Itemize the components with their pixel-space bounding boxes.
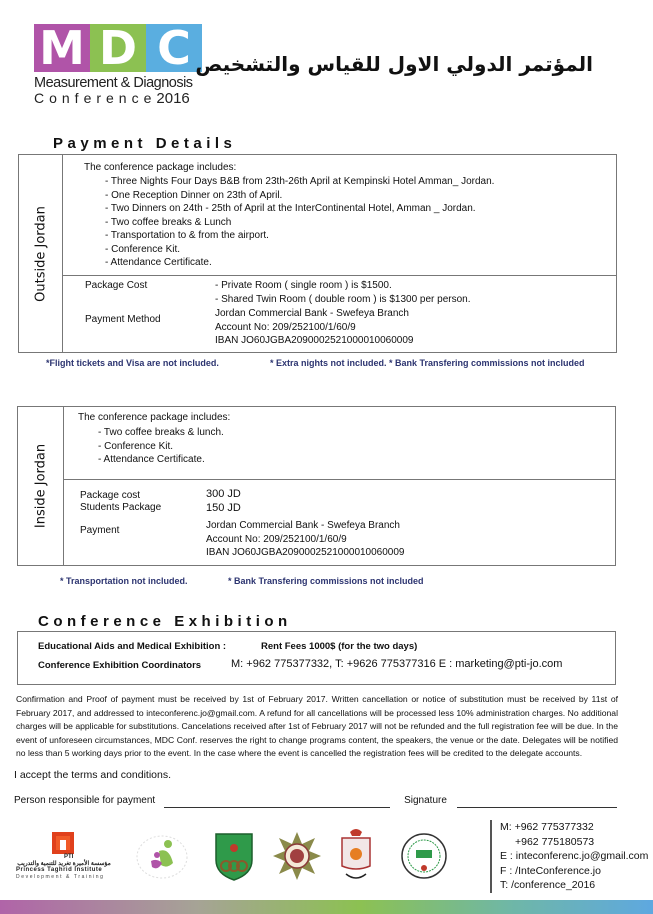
package-cost-line: - Private Room ( single room ) is $1500. bbox=[215, 279, 471, 293]
contact-mobile-1: M: +962 775377332 bbox=[500, 820, 648, 835]
pti-caption-dev: Development & Training bbox=[16, 874, 105, 880]
terms-paragraph: Confirmation and Proof of payment must b… bbox=[16, 693, 618, 761]
contact-facebook[interactable]: F : /InteConference.jo bbox=[500, 864, 648, 879]
exhibition-title: Conference Exhibition bbox=[38, 613, 292, 630]
payment-details-title: Payment Details bbox=[53, 135, 236, 152]
outside-jordan-divider bbox=[63, 275, 616, 276]
logo-letter-blocks: M D C bbox=[34, 24, 202, 72]
inside-note-bank: * Bank Transfering commissions not inclu… bbox=[228, 576, 424, 586]
family-logo-icon bbox=[133, 833, 191, 881]
signature-label: Signature bbox=[404, 795, 447, 806]
contact-email[interactable]: E : inteconferenc.jo@gmail.com bbox=[500, 849, 648, 864]
inside-note-transportation: * Transportation not included. bbox=[60, 576, 188, 586]
outside-package-cost-values: - Private Room ( single room ) is $1500.… bbox=[215, 279, 471, 306]
round-seal-icon bbox=[400, 832, 448, 880]
inside-includes-title: The conference package includes: bbox=[78, 411, 230, 425]
outside-includes-list: - Three Nights Four Days B&B from 23th-2… bbox=[105, 175, 494, 270]
account-number: Account No: 209/252100/1/60/9 bbox=[206, 533, 405, 547]
contact-block: M: +962 775377332 +962 775180573 E : int… bbox=[490, 820, 648, 893]
list-item: - Conference Kit. bbox=[105, 243, 494, 257]
account-number: Account No: 209/252100/1/60/9 bbox=[215, 321, 414, 335]
package-cost-line: - Shared Twin Room ( double room ) is $1… bbox=[215, 293, 471, 307]
outside-jordan-label-column: Outside Jordan bbox=[19, 155, 63, 352]
list-item: - Attendance Certificate. bbox=[98, 453, 224, 467]
list-item: - Two Dinners on 24th - 25th of April at… bbox=[105, 202, 494, 216]
list-item: - Transportation to & from the airport. bbox=[105, 229, 494, 243]
star-emblem-icon bbox=[271, 830, 323, 882]
outside-note-flight: *Flight tickets and Visa are not include… bbox=[46, 358, 219, 368]
inside-payment-details: Jordan Commercial Bank - Swefeya Branch … bbox=[206, 519, 405, 560]
logo-letter-m: M bbox=[34, 24, 90, 72]
exhibition-label: Educational Aids and Medical Exhibition … bbox=[38, 640, 226, 654]
exhibition-box: Educational Aids and Medical Exhibition … bbox=[17, 631, 616, 685]
signature-row: Person responsible for payment Signature bbox=[14, 790, 617, 808]
list-item: - Attendance Certificate. bbox=[105, 256, 494, 270]
students-package-value: 150 JD bbox=[206, 502, 241, 516]
exhibition-rent-fees: Rent Fees 1000$ (for the two days) bbox=[261, 640, 417, 654]
list-item: - One Reception Dinner on 23th of April. bbox=[105, 189, 494, 203]
list-item: - Two coffee breaks & lunch. bbox=[98, 426, 224, 440]
list-item: - Conference Kit. bbox=[98, 440, 224, 454]
coordinators-contact: M: +962 775377332, T: +9626 775377316 E … bbox=[231, 658, 562, 672]
pti-caption-ar: مؤسسة الأميرة تغريد للتنمية والتدريب bbox=[14, 860, 114, 867]
bank-name: Jordan Commercial Bank - Swefeya Branch bbox=[215, 307, 414, 321]
inside-jordan-divider bbox=[64, 479, 615, 480]
inside-jordan-label-column: Inside Jordan bbox=[18, 407, 64, 565]
inside-package-cost-value: 300 JD bbox=[206, 488, 241, 502]
arabic-title: المؤتمر الدولي الاول للقياس والتشخيص bbox=[195, 52, 593, 76]
accept-terms-statement: I accept the terms and conditions. bbox=[14, 769, 171, 783]
logo-conference-line: Conference2016 bbox=[34, 91, 202, 106]
outside-note-extra: * Extra nights not included. * Bank Tran… bbox=[270, 358, 585, 368]
person-responsible-label: Person responsible for payment bbox=[14, 795, 155, 806]
inside-jordan-box: Inside Jordan The conference package inc… bbox=[17, 406, 616, 566]
pti-logo-icon: PTI مؤسسة الأميرة تغريد للتنمية والتدريب… bbox=[14, 832, 114, 880]
contact-twitter[interactable]: T: /conference_2016 bbox=[500, 878, 648, 893]
inside-jordan-label: Inside Jordan bbox=[33, 444, 48, 528]
list-item: - Three Nights Four Days B&B from 23th-2… bbox=[105, 175, 494, 189]
jordan-coat-of-arms-icon bbox=[336, 826, 376, 884]
outside-payment-details: Jordan Commercial Bank - Swefeya Branch … bbox=[215, 307, 414, 348]
contact-mobile-2: +962 775180573 bbox=[500, 835, 648, 850]
footer-gradient-bar bbox=[0, 900, 653, 914]
logo-subtitle: Measurement & Diagnosis bbox=[34, 76, 202, 91]
outside-payment-method-label: Payment Method bbox=[85, 313, 161, 327]
person-responsible-field[interactable] bbox=[164, 798, 390, 808]
outside-jordan-label: Outside Jordan bbox=[33, 206, 48, 302]
list-item: - Two coffee breaks & Lunch bbox=[105, 216, 494, 230]
pti-square-icon bbox=[52, 832, 74, 854]
mdc-logo: M D C Measurement & Diagnosis Conference… bbox=[34, 24, 202, 106]
logo-letter-c: C bbox=[146, 24, 202, 72]
outside-package-cost-label: Package Cost bbox=[85, 279, 147, 293]
logo-year: 2016 bbox=[156, 90, 189, 107]
iban: IBAN JO60JGBA2090002521000010060009 bbox=[206, 546, 405, 560]
outside-jordan-box: Outside Jordan The conference package in… bbox=[18, 154, 617, 353]
logo-conference-word: Conference bbox=[34, 90, 156, 106]
iban: IBAN JO60JGBA2090002521000010060009 bbox=[215, 334, 414, 348]
students-package-label: Students Package bbox=[80, 501, 161, 515]
outside-includes-title: The conference package includes: bbox=[84, 161, 236, 175]
coordinators-label: Conference Exhibition Coordinators bbox=[38, 659, 201, 673]
university-shield-icon bbox=[212, 830, 256, 882]
inside-payment-label: Payment bbox=[80, 524, 119, 538]
logo-letter-d: D bbox=[90, 24, 146, 72]
inside-includes-list: - Two coffee breaks & lunch. - Conferenc… bbox=[98, 426, 224, 467]
bank-name: Jordan Commercial Bank - Swefeya Branch bbox=[206, 519, 405, 533]
signature-field[interactable] bbox=[457, 798, 617, 808]
pti-caption-en: Princess Taghrid Institute bbox=[16, 867, 102, 873]
